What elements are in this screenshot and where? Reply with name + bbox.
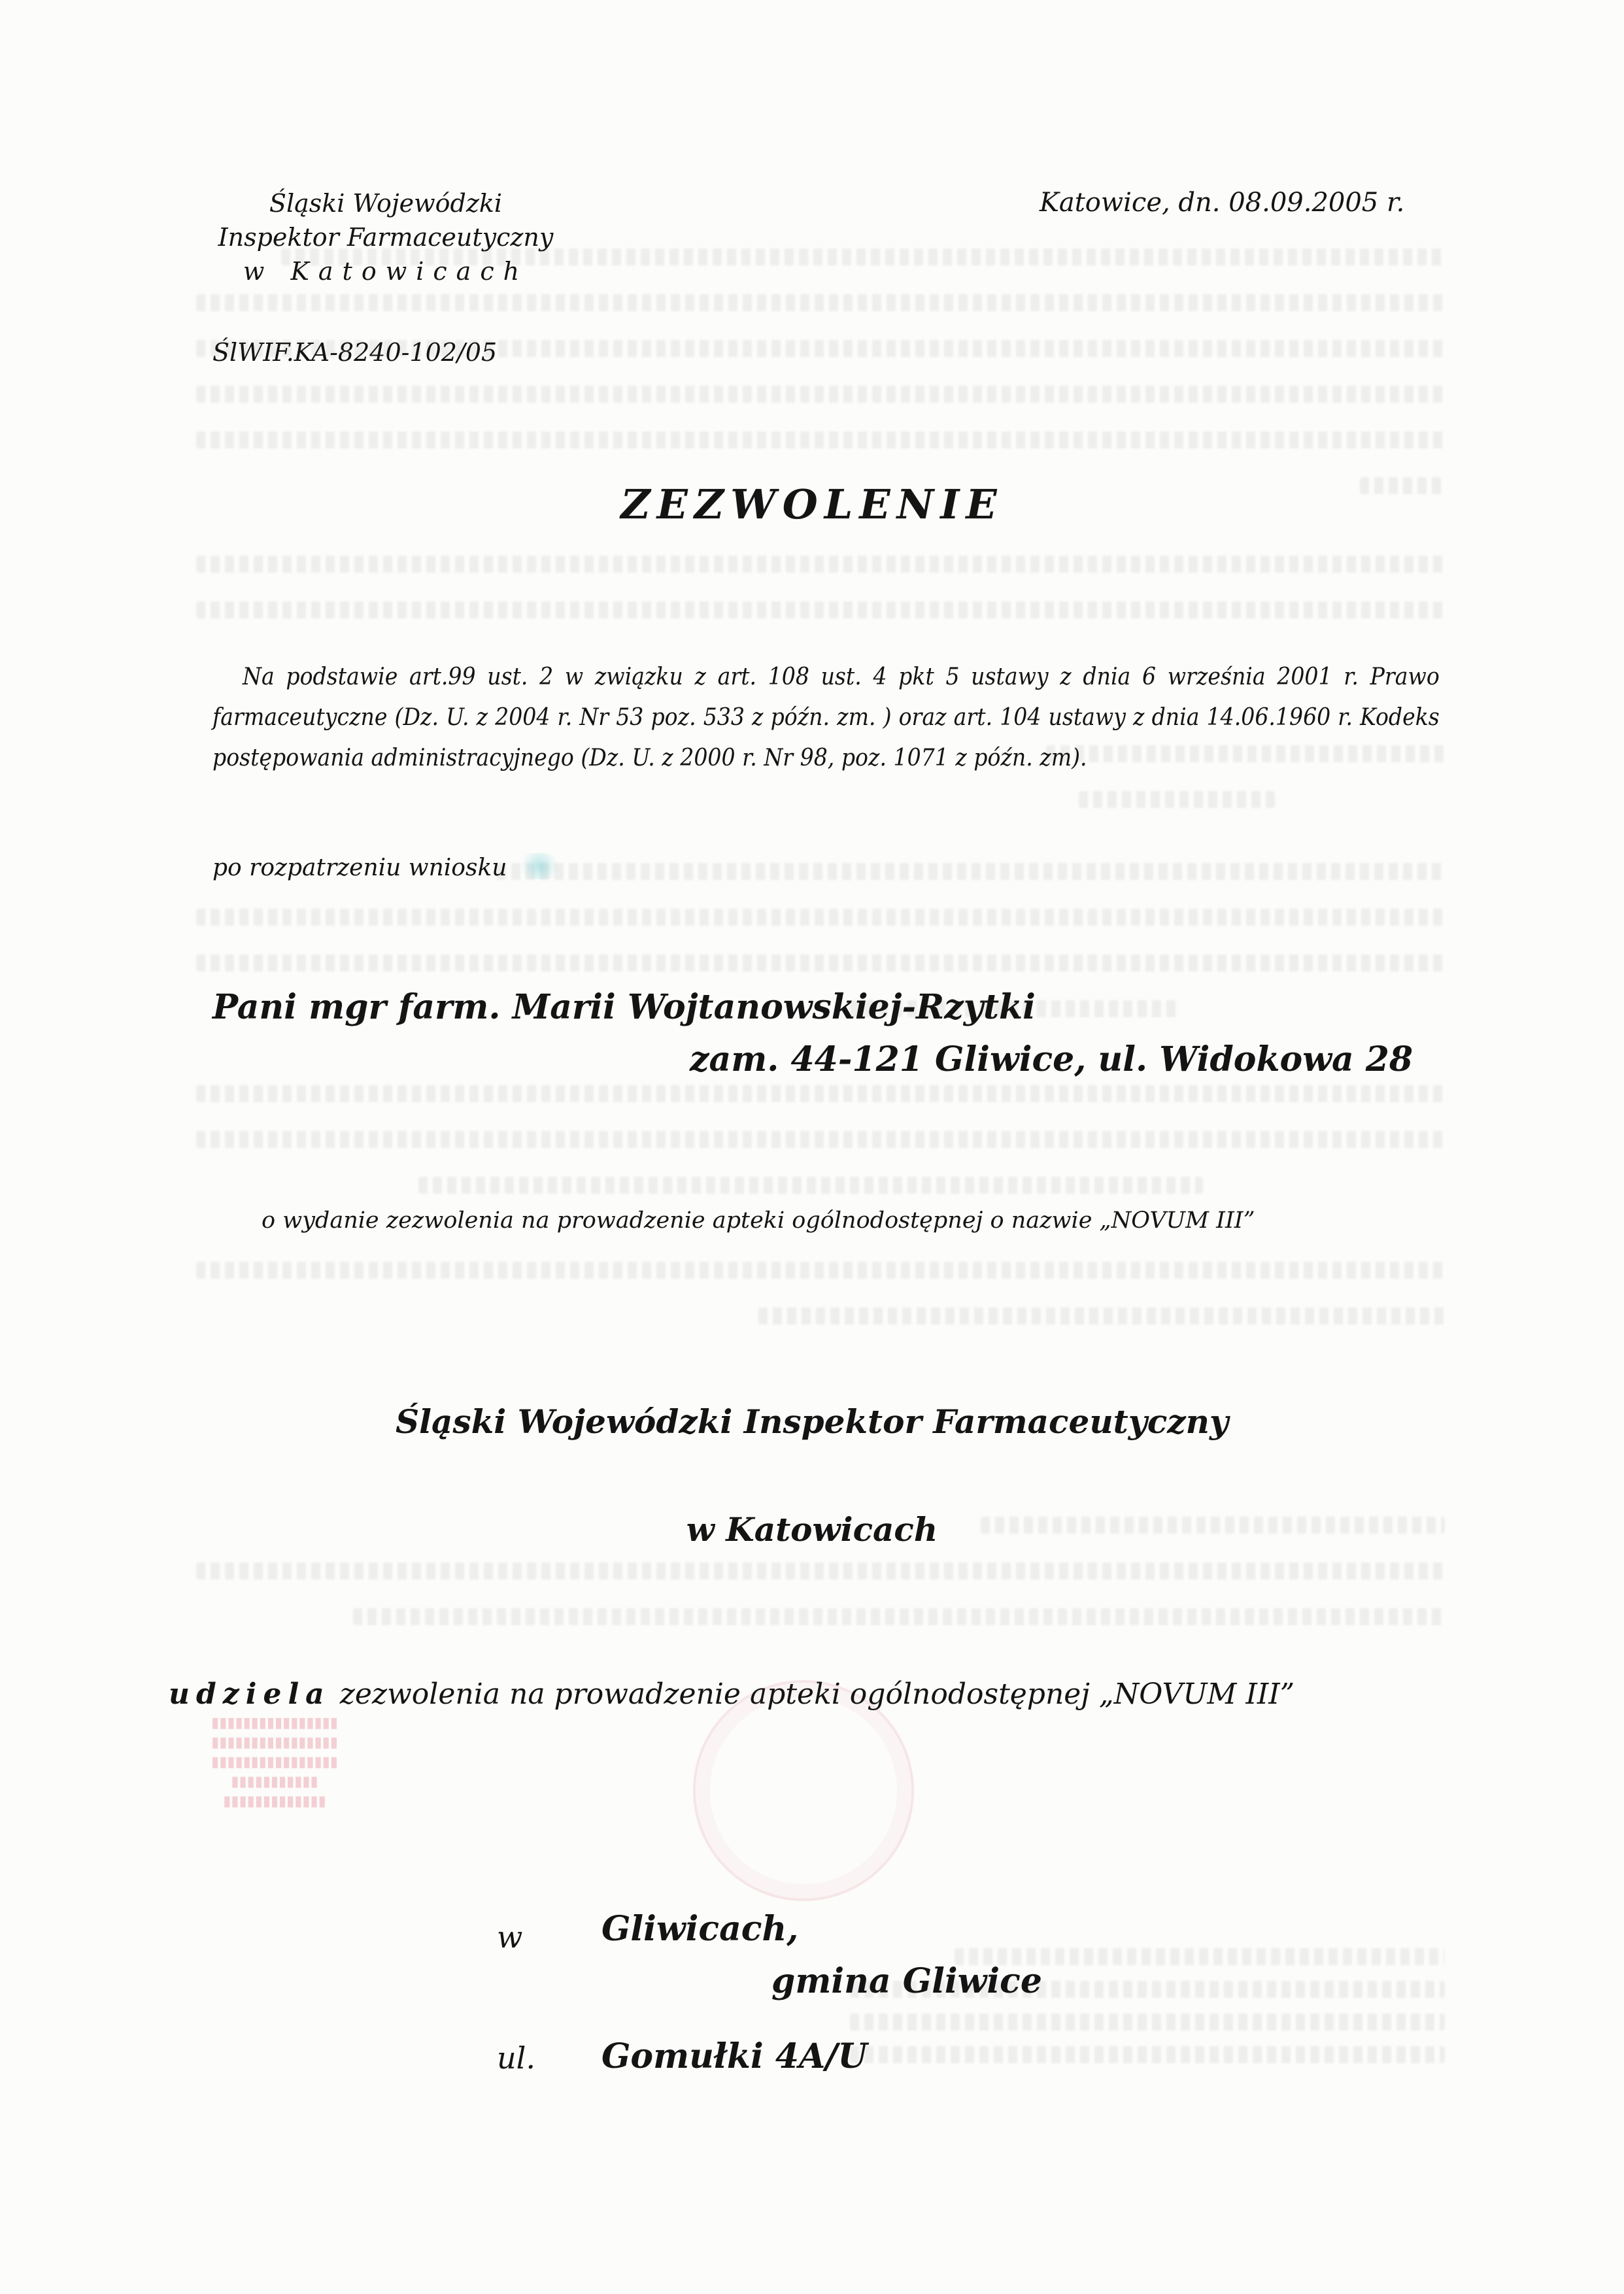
authority-name: Śląski Wojewódzki Inspektor Farmaceutycz…	[0, 1402, 1624, 1441]
issuer-header-line3: w Katowicach	[216, 254, 556, 288]
after-review-phrase: po rozpatrzeniu wniosku	[212, 856, 507, 880]
location-city: Gliwicach,	[601, 1912, 798, 1946]
issuer-header: Śląski Wojewódzki Inspektor Farmaceutycz…	[216, 186, 556, 288]
authority-seat: w Katowicach	[0, 1510, 1624, 1549]
document-title: ZEZWOLENIE	[0, 481, 1624, 528]
legal-basis-paragraph: Na podstawie art.99 ust. 2 w związku z a…	[212, 657, 1440, 779]
rectangular-office-stamp: ▮▮▮▮▮▮▮▮▮▮▮▮▮▮▮▮▮▮▮▮▮▮▮▮▮▮▮▮▮▮▮▮▮▮▮▮▮▮▮▮…	[150, 1713, 399, 1844]
location-municipality: gmina Gliwice	[771, 1965, 1042, 1999]
place-and-date: Katowice, dn. 08.09.2005 r.	[1040, 190, 1404, 216]
document-page: ▮▮▮▮▮▮▮▮▮▮▮▮▮▮▮▮▮▮▮▮▮▮▮▮▮▮▮▮▮▮▮▮▮▮▮▮▮▮▮▮…	[0, 0, 1624, 2294]
round-official-stamp	[693, 1680, 914, 1901]
applicant-name: Pani mgr farm. Marii Wojtanowskiej-Rzytk…	[212, 990, 1036, 1024]
grant-statement: udziela zezwolenia na prowadzenie apteki…	[169, 1680, 1294, 1709]
location-prefix-in: w	[497, 1922, 522, 1952]
applicant-address: zam. 44-121 Gliwice, ul. Widokowa 28	[690, 1043, 1413, 1077]
grant-verb: udziela	[169, 1678, 331, 1711]
issuer-header-line1: Śląski Wojewódzki	[216, 186, 556, 220]
location-street: Gomułki 4A/U	[601, 2040, 868, 2074]
application-subject: o wydanie zezwolenia na prowadzenie apte…	[262, 1209, 1255, 1232]
grant-text: zezwolenia na prowadzenie apteki ogólnod…	[340, 1678, 1294, 1711]
issuer-header-line2: Inspektor Farmaceutyczny	[216, 220, 556, 254]
ink-stamp-mark	[516, 853, 562, 879]
location-prefix-street: ul.	[497, 2043, 535, 2073]
reference-number: ŚlWIF.KA-8240-102/05	[212, 340, 497, 365]
